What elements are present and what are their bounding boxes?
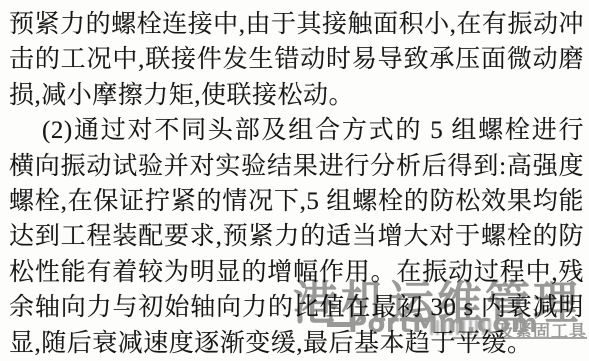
text-line: 余轴向力与初始轴向力的比值在最初 30 s 内衰减明 — [9, 290, 584, 325]
text-line: 松性能有着较为明显的增幅作用。在振动过程中,残 — [9, 255, 584, 290]
text-line: 显,随后衰减速度逐渐变缓,最后基本趋于平缓。 — [9, 326, 584, 361]
text-line: 横向振动试验并对实验结果进行分析后得到:高强度 — [9, 149, 584, 184]
text-line: 损,减小摩擦力矩,使联接松动。 — [9, 78, 584, 113]
scanned-document-page: 预紧力的螺栓连接中,由于其接触面积小,在有振动冲 击的工况中,联接件发生错动时易… — [0, 0, 589, 361]
body-text: 预紧力的螺栓连接中,由于其接触面积小,在有振动冲 击的工况中,联接件发生错动时易… — [9, 7, 584, 361]
text-line-paragraph-start: (2)通过对不同头部及组合方式的 5 组螺栓进行 — [9, 113, 584, 148]
text-line: 螺栓,在保证拧紧的情况下,5 组螺栓的防松效果均能 — [9, 184, 584, 219]
text-line: 达到工程装配要求,预紧力的适当增大对于螺栓的防 — [9, 219, 584, 254]
text-line: 预紧力的螺栓连接中,由于其接触面积小,在有振动冲 — [9, 7, 584, 42]
text-line: 击的工况中,联接件发生错动时易导致承压面微动磨 — [9, 42, 584, 77]
